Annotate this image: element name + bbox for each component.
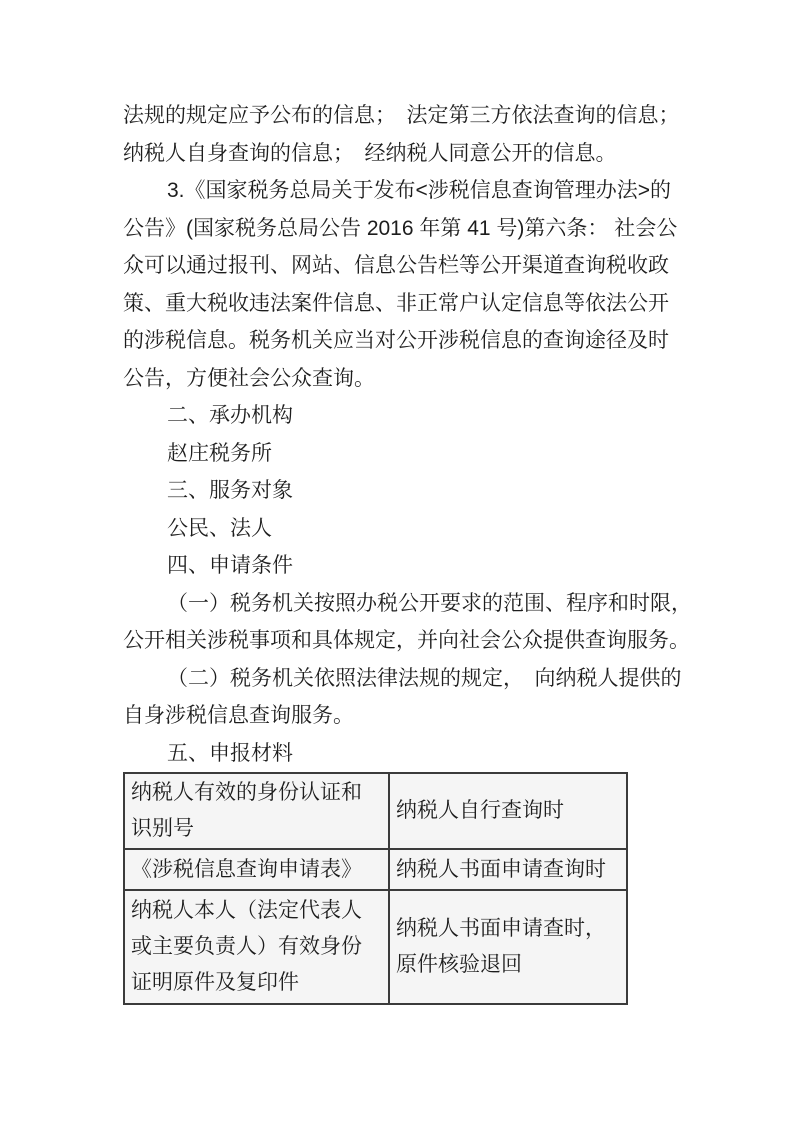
- document-page: 法规的规定应予公布的信息； 法定第三方依法查询的信息；纳税人自身查询的信息； 经…: [123, 97, 675, 1005]
- text-line: 的涉税信息。税务机关应当对公开涉税信息的查询途径及时: [123, 322, 675, 360]
- table-cell: 纳税人书面申请查询时: [389, 849, 627, 890]
- text-line: 四、申请条件: [123, 547, 675, 585]
- document-body: 法规的规定应予公布的信息； 法定第三方依法查询的信息；纳税人自身查询的信息； 经…: [123, 97, 675, 772]
- document-viewer: { "colors": { "page_bg": "#ffffff", "tex…: [0, 0, 793, 1122]
- table-cell: 纳税人书面申请查时，原件核验退回: [389, 890, 627, 1004]
- table-row: 《涉税信息查询申请表》纳税人书面申请查询时: [124, 849, 627, 890]
- text-line: 公开相关涉税事项和具体规定，并向社会公众提供查询服务。: [123, 622, 675, 660]
- text-line: 3.《国家税务总局关于发布<涉税信息查询管理办法>的: [123, 172, 675, 210]
- text-line: 纳税人自身查询的信息； 经纳税人同意公开的信息。: [123, 135, 675, 173]
- table-row: 纳税人有效的身份认证和识别号纳税人自行查询时: [124, 773, 627, 849]
- text-line: 五、申报材料: [123, 735, 675, 773]
- text-line: 公民、法人: [123, 510, 675, 548]
- table-cell: 纳税人本人（法定代表人或主要负责人）有效身份证明原件及复印件: [124, 890, 389, 1004]
- text-line: 三、服务对象: [123, 472, 675, 510]
- text-line: 公告》(国家税务总局公告 2016 年第 41 号)第六条： 社会公: [123, 210, 675, 248]
- text-line: 法规的规定应予公布的信息； 法定第三方依法查询的信息；: [123, 97, 675, 135]
- table-cell: 《涉税信息查询申请表》: [124, 849, 389, 890]
- table-cell: 纳税人有效的身份认证和识别号: [124, 773, 389, 849]
- text-line: 策、重大税收违法案件信息、非正常户认定信息等依法公开: [123, 285, 675, 323]
- text-line: 二、承办机构: [123, 397, 675, 435]
- materials-table: 纳税人有效的身份认证和识别号纳税人自行查询时《涉税信息查询申请表》纳税人书面申请…: [123, 772, 628, 1005]
- table-cell: 纳税人自行查询时: [389, 773, 627, 849]
- text-line: 众可以通过报刊、网站、信息公告栏等公开渠道查询税收政: [123, 247, 675, 285]
- text-line: 自身涉税信息查询服务。: [123, 697, 675, 735]
- text-line: 公告，方便社会公众查询。: [123, 360, 675, 398]
- text-line: 赵庄税务所: [123, 435, 675, 473]
- table-row: 纳税人本人（法定代表人或主要负责人）有效身份证明原件及复印件纳税人书面申请查时，…: [124, 890, 627, 1004]
- text-line: （二）税务机关依照法律法规的规定， 向纳税人提供的: [123, 660, 675, 698]
- text-line: （一）税务机关按照办税公开要求的范围、程序和时限，: [123, 585, 675, 623]
